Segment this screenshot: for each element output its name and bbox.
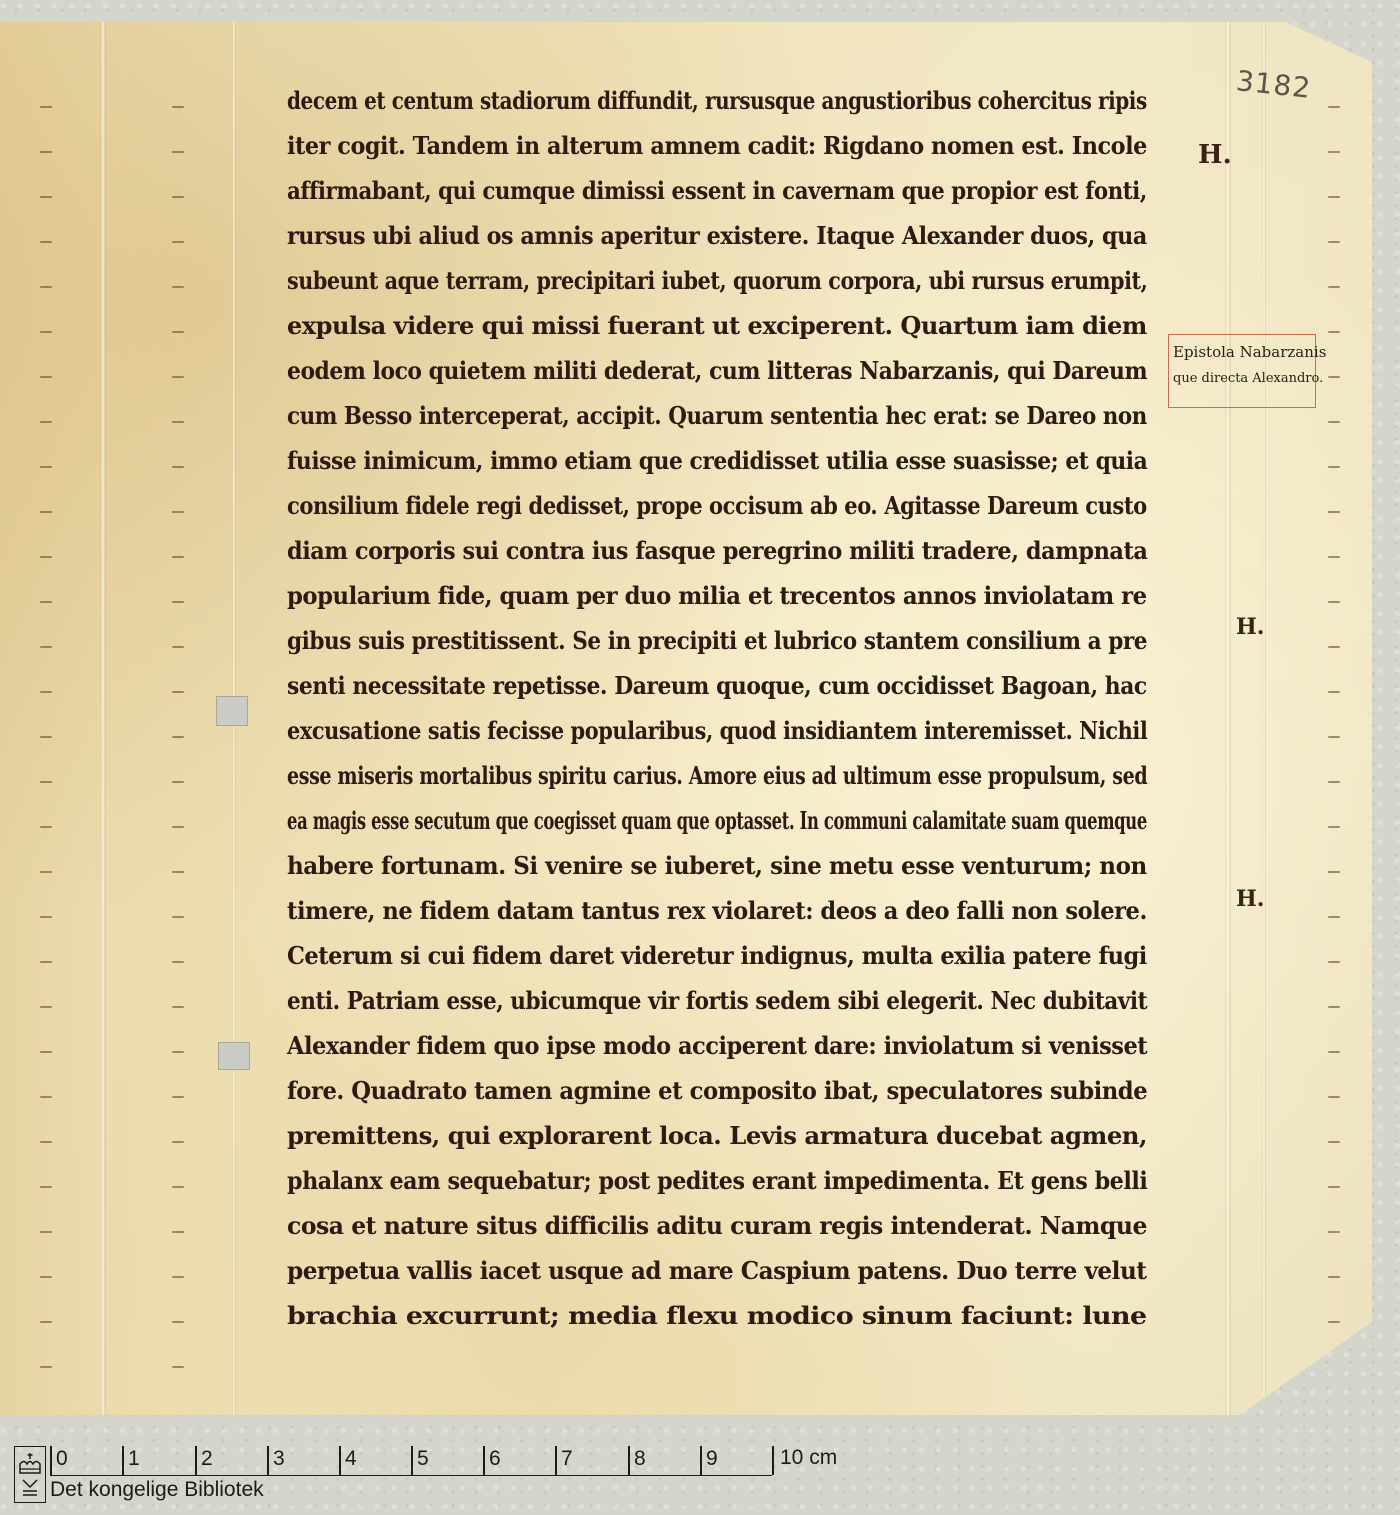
ruler-tick-label: 5	[417, 1447, 429, 1471]
scale-bar: 0 1 2 3 4 5 6 7 8 9 10 cm Det kongelige …	[0, 1432, 920, 1512]
ruler-tick	[700, 1446, 702, 1475]
pricking-mark	[1328, 1051, 1340, 1053]
pricking-mark	[40, 691, 52, 693]
parchment-hole	[218, 1042, 250, 1070]
ruler-tick-label: 6	[489, 1447, 501, 1471]
institution-name: Det kongelige Bibliotek	[50, 1478, 264, 1502]
pricking-mark	[1328, 736, 1340, 738]
pricking-mark	[172, 1231, 184, 1233]
pricking-mark	[1328, 1321, 1340, 1323]
pricking-mark	[172, 736, 184, 738]
text-line: decem et centum stadiorum diffundit, rur…	[287, 86, 1147, 115]
pricking-mark	[1328, 556, 1340, 558]
pricking-mark	[172, 1276, 184, 1278]
pricking-mark	[1328, 241, 1340, 243]
pricking-mark	[40, 1051, 52, 1053]
pricking-mark	[1328, 511, 1340, 513]
pricking-mark	[40, 646, 52, 648]
text-line: popularium fide, quam per duo milia et t…	[287, 581, 1147, 610]
pricking-mark	[40, 556, 52, 558]
pricking-mark	[172, 466, 184, 468]
pricking-mark	[172, 916, 184, 918]
text-line: Alexander fidem quo ipse modo acciperent…	[287, 1031, 1147, 1060]
pricking-mark	[1328, 1276, 1340, 1278]
ruler-tick-label: 0	[56, 1447, 68, 1471]
pricking-mark	[172, 331, 184, 333]
text-line: phalanx eam sequebatur; post pedites era…	[287, 1166, 1147, 1195]
pricking-mark	[40, 376, 52, 378]
pricking-mark	[40, 826, 52, 828]
pricking-mark	[1328, 151, 1340, 153]
rubric-note-line: Epistola Nabarzanis	[1173, 343, 1326, 361]
text-line: esse miseris mortalibus spiritu carius. …	[287, 761, 1147, 790]
ruler-tick-label: 4	[345, 1447, 357, 1471]
ruler-tick	[411, 1446, 413, 1475]
pricking-mark	[40, 916, 52, 918]
ruler-tick	[122, 1446, 124, 1475]
rubric-note-line: que directa Alexandro.	[1173, 371, 1323, 386]
pricking-mark	[1328, 106, 1340, 108]
pricking-mark	[1328, 466, 1340, 468]
text-line: habere fortunam. Si venire se iuberet, s…	[287, 851, 1147, 880]
pricking-mark	[40, 286, 52, 288]
pricking-mark	[1328, 916, 1340, 918]
pricking-mark	[40, 511, 52, 513]
pricking-mark	[172, 1366, 184, 1368]
pricking-mark	[40, 1321, 52, 1323]
pricking-mark	[1328, 286, 1340, 288]
centimeter-ruler: 0 1 2 3 4 5 6 7 8 9	[50, 1446, 772, 1476]
ruler-tick-label: 2	[201, 1447, 213, 1471]
ruler-tick-label: 8	[634, 1447, 646, 1471]
pricking-mark	[172, 961, 184, 963]
pricking-mark	[172, 1141, 184, 1143]
fold-line	[100, 22, 106, 1415]
ruler-tick	[267, 1446, 269, 1475]
pricking-mark	[40, 196, 52, 198]
pricking-mark	[172, 196, 184, 198]
pricking-mark	[40, 1096, 52, 1098]
text-line: eodem loco quietem militi dederat, cum l…	[287, 356, 1147, 385]
pricking-mark	[40, 1141, 52, 1143]
pricking-mark	[1328, 1186, 1340, 1188]
pricking-mark	[40, 421, 52, 423]
pricking-mark	[1328, 1366, 1340, 1368]
text-line: perpetua vallis iacet usque ad mare Casp…	[287, 1256, 1147, 1285]
ruler-tick	[339, 1446, 341, 1475]
pricking-mark	[1328, 1141, 1340, 1143]
pricking-mark	[40, 151, 52, 153]
pricking-mark	[1328, 421, 1340, 423]
pricking-mark	[40, 1006, 52, 1008]
pricking-mark	[172, 601, 184, 603]
ruler-tick-label: 3	[273, 1447, 285, 1471]
text-line: enti. Patriam esse, ubicumque vir fortis…	[287, 986, 1147, 1015]
text-line: subeunt aque terram, precipitari iubet, …	[287, 266, 1147, 295]
pricking-mark	[40, 736, 52, 738]
pricking-mark	[172, 1186, 184, 1188]
parchment-hole	[216, 696, 248, 726]
pricking-mark	[172, 151, 184, 153]
pricking-mark	[40, 871, 52, 873]
pricking-mark	[40, 331, 52, 333]
text-line: senti necessitate repetisse. Dareum quoq…	[287, 671, 1147, 700]
pricking-mark	[172, 556, 184, 558]
pricking-mark	[1328, 871, 1340, 873]
text-line: excusatione satis fecisse popularibus, q…	[287, 716, 1147, 745]
ruler-tick-label: 7	[561, 1447, 573, 1471]
pricking-mark	[172, 1006, 184, 1008]
text-line: iter cogit. Tandem in alterum amnem cadi…	[287, 131, 1147, 160]
royal-library-logo-icon	[14, 1446, 46, 1503]
pricking-mark	[40, 781, 52, 783]
pricking-mark	[172, 376, 184, 378]
pricking-mark	[1328, 331, 1340, 333]
pricking-mark	[1328, 1006, 1340, 1008]
text-line: fuisse inimicum, immo etiam que credidis…	[287, 446, 1147, 475]
fold-line	[1262, 22, 1266, 1415]
pricking-mark	[40, 1186, 52, 1188]
ruler-tick	[483, 1446, 485, 1475]
pricking-mark	[1328, 1231, 1340, 1233]
text-line: rursus ubi aliud os amnis aperitur exist…	[287, 221, 1147, 250]
text-line: premittens, qui explorarent loca. Levis …	[287, 1121, 1147, 1150]
text-line: consilium fidele regi dedisset, prope oc…	[287, 491, 1147, 520]
pricking-mark	[172, 421, 184, 423]
pricking-mark	[172, 241, 184, 243]
text-line: cum Besso interceperat, accipit. Quarum …	[287, 401, 1147, 430]
pricking-mark	[172, 286, 184, 288]
pricking-mark	[172, 1321, 184, 1323]
pricking-mark	[40, 106, 52, 108]
pricking-mark	[1328, 646, 1340, 648]
rubric-note-box: Epistola Nabarzanis que directa Alexandr…	[1168, 334, 1316, 408]
text-line: gibus suis prestitissent. Se in precipit…	[287, 626, 1147, 655]
pricking-mark	[40, 466, 52, 468]
pricking-mark	[1328, 376, 1340, 378]
text-line: diam corporis sui contra ius fasque pere…	[287, 536, 1147, 565]
text-line: timere, ne fidem datam tantus rex violar…	[287, 896, 1147, 925]
pricking-mark	[172, 106, 184, 108]
text-line: brachia excurrunt; media flexu modico si…	[287, 1301, 1147, 1330]
pricking-mark	[1328, 1096, 1340, 1098]
pricking-mark	[172, 781, 184, 783]
ruler-tick	[772, 1446, 774, 1475]
ruler-tick	[195, 1446, 197, 1475]
marginal-mark: H.	[1236, 886, 1264, 912]
text-line: fore. Quadrato tamen agmine et composito…	[287, 1076, 1147, 1105]
pricking-mark	[1328, 691, 1340, 693]
fold-line	[1225, 22, 1231, 1415]
pricking-mark	[40, 1231, 52, 1233]
ruler-tick	[50, 1446, 52, 1475]
pricking-mark	[172, 511, 184, 513]
marginal-mark: H.	[1236, 614, 1264, 640]
text-line: Ceterum si cui fidem daret videretur ind…	[287, 941, 1147, 970]
pricking-mark	[1328, 781, 1340, 783]
pricking-mark	[1328, 601, 1340, 603]
pricking-mark	[40, 961, 52, 963]
text-line: expulsa videre qui missi fuerant ut exci…	[287, 311, 1147, 340]
text-line: ea magis esse secutum que coegisset quam…	[287, 806, 1147, 835]
pricking-mark	[40, 1366, 52, 1368]
pricking-mark	[172, 646, 184, 648]
ruler-end-label: 10 cm	[780, 1446, 837, 1470]
pricking-mark	[40, 1276, 52, 1278]
marginal-mark: H.	[1198, 140, 1232, 170]
pricking-mark	[40, 601, 52, 603]
ruler-tick	[555, 1446, 557, 1475]
pricking-mark	[1328, 961, 1340, 963]
pricking-mark	[172, 826, 184, 828]
pricking-mark	[172, 1096, 184, 1098]
ruler-tick-label: 1	[128, 1447, 140, 1471]
ruler-tick	[628, 1446, 630, 1475]
pricking-mark	[1328, 826, 1340, 828]
ruler-tick-label: 9	[706, 1447, 718, 1471]
pricking-mark	[1328, 196, 1340, 198]
pricking-mark	[40, 241, 52, 243]
pricking-mark	[172, 1051, 184, 1053]
text-line: cosa et nature situs difficilis aditu cu…	[287, 1211, 1147, 1240]
text-line: affirmabant, qui cumque dimissi essent i…	[287, 176, 1147, 205]
pricking-mark	[172, 691, 184, 693]
pricking-mark	[172, 871, 184, 873]
